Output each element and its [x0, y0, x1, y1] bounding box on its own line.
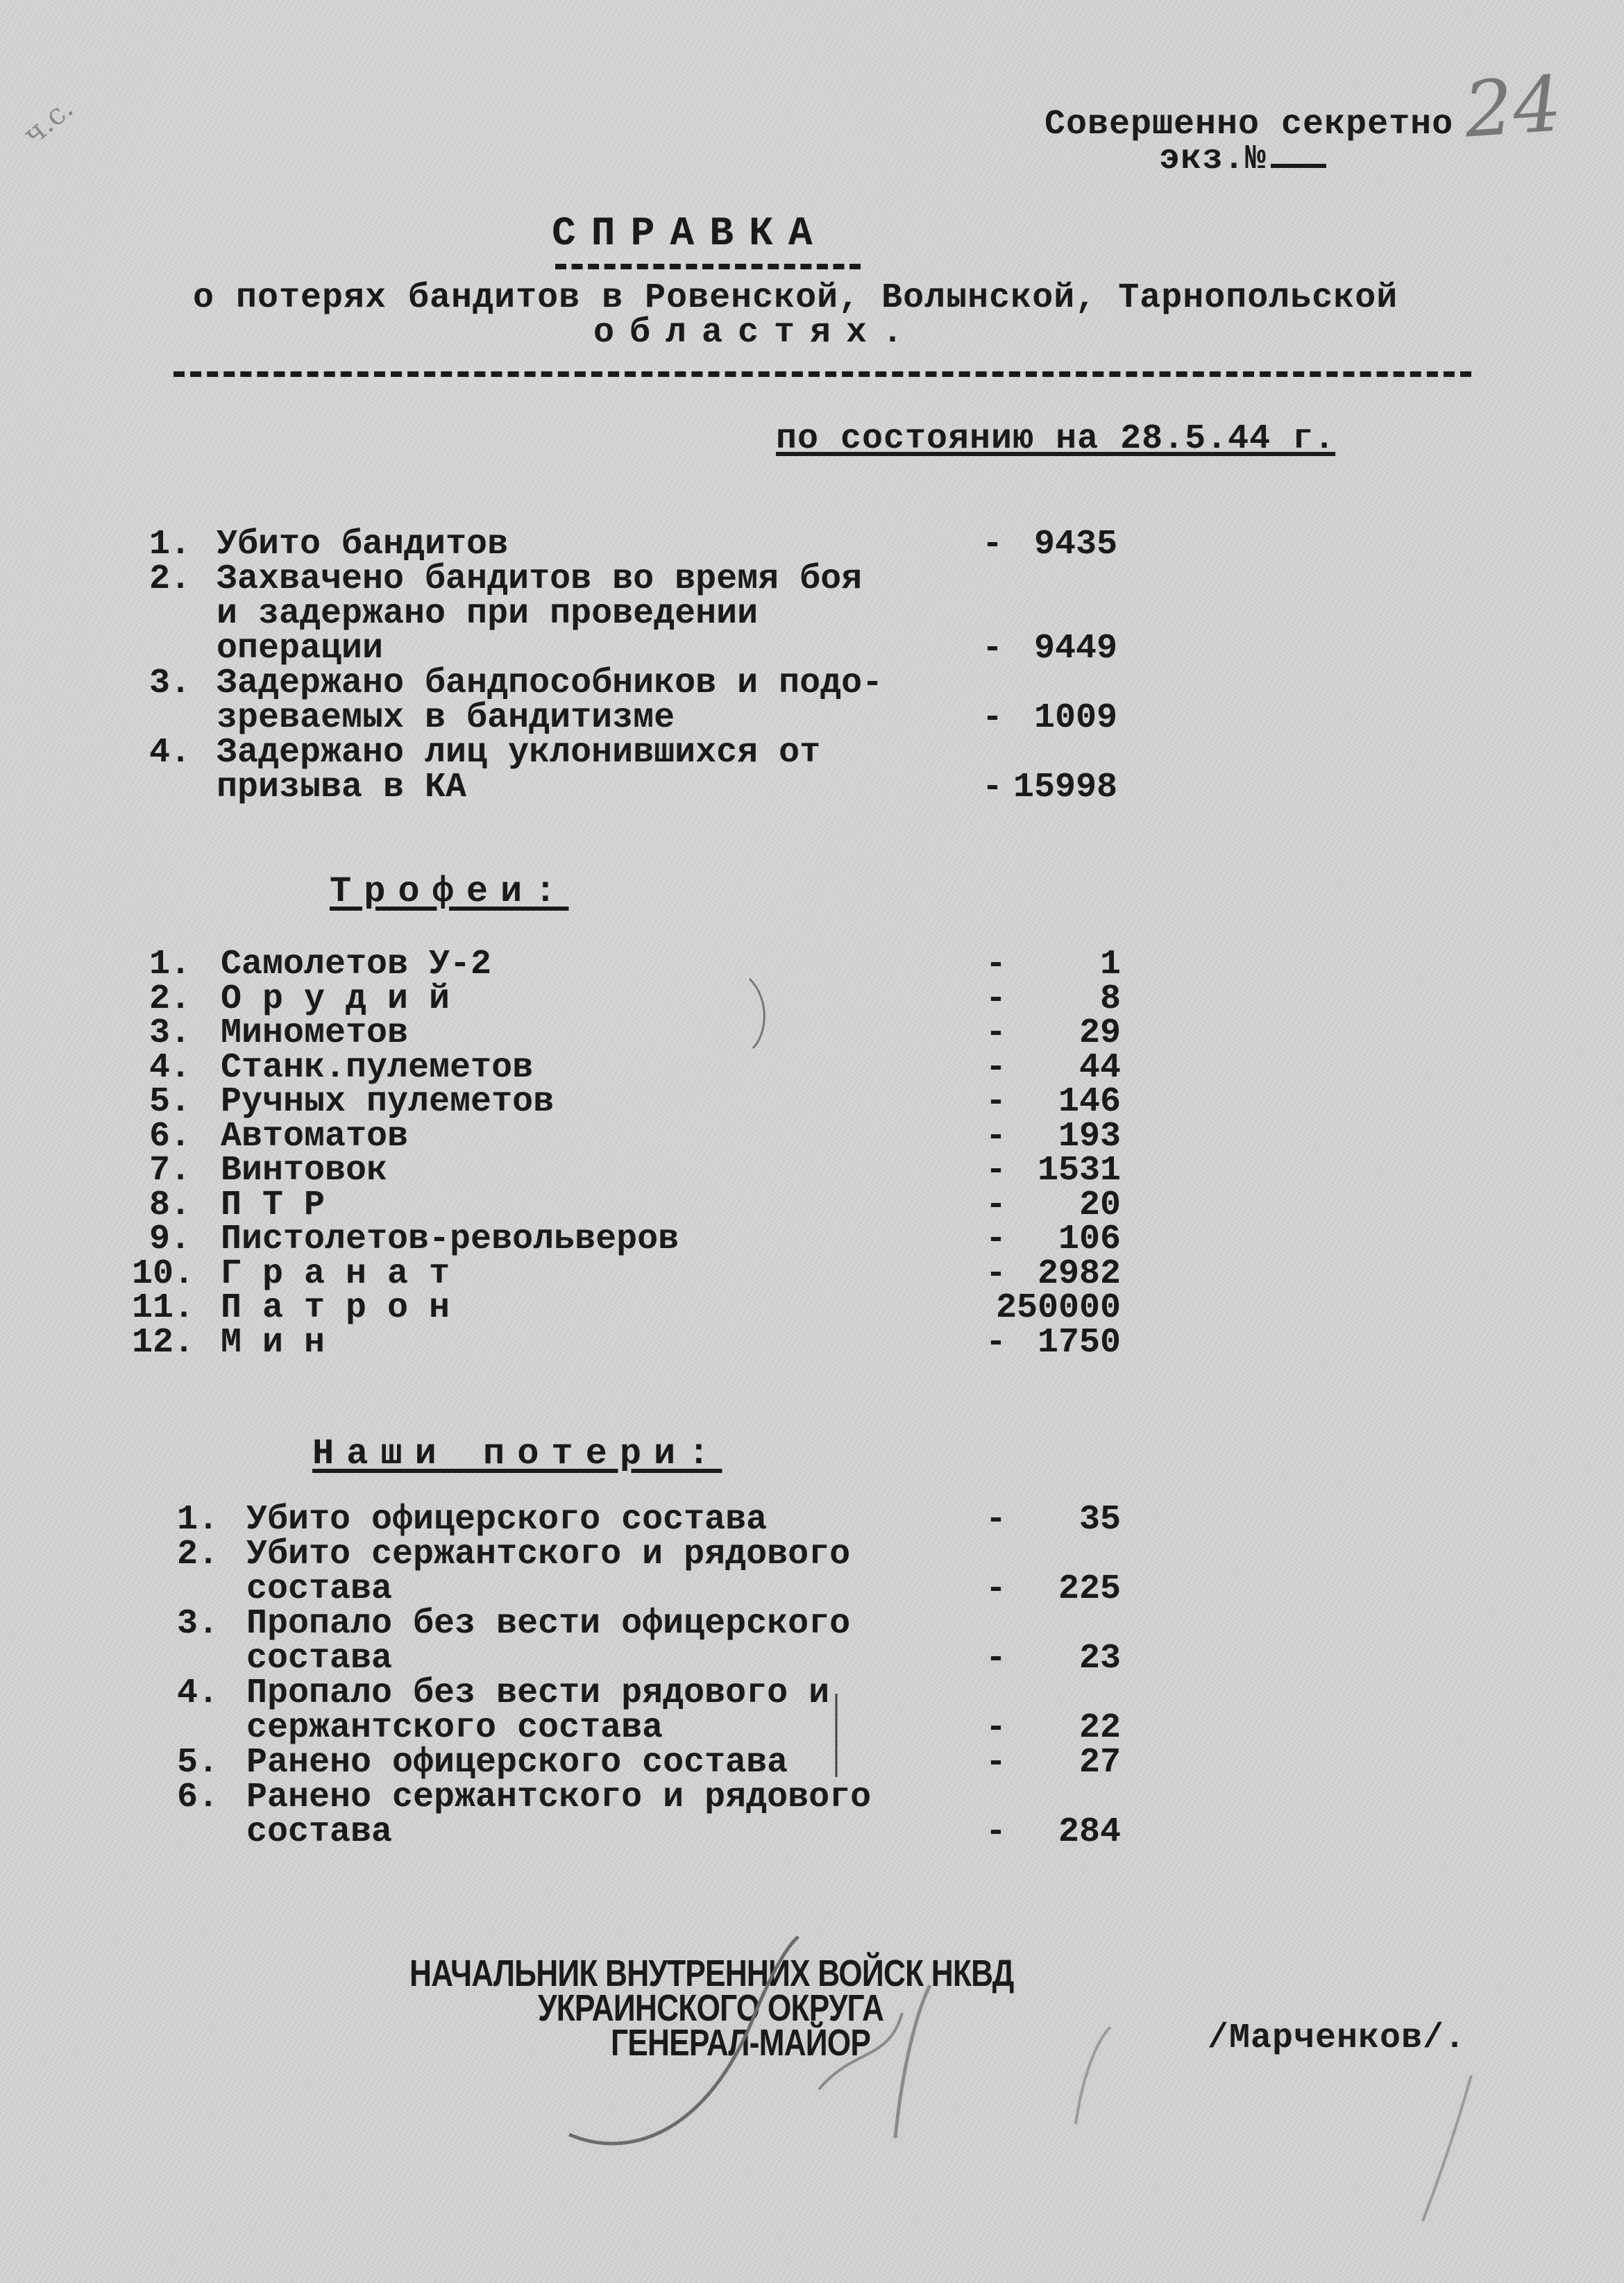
item-number: 6. [177, 1780, 219, 1815]
item-label: П а т р о н [221, 1291, 450, 1326]
item-value: 1531 [947, 1154, 1121, 1188]
item-label: Ручных пулеметов [221, 1085, 554, 1120]
item-value: 1750 [947, 1326, 1121, 1360]
item-number: 1. [177, 1503, 219, 1538]
item-number: 9. [149, 1222, 191, 1257]
item-label: Убито бандитов [217, 528, 508, 562]
header-divider [174, 371, 1471, 377]
item-number: 11. [132, 1291, 194, 1326]
item-label: состава [246, 1815, 392, 1850]
item-label: П Т Р [221, 1188, 325, 1223]
item-label: Станк.пулеметов [221, 1051, 533, 1086]
item-label: состава [246, 1642, 392, 1676]
item-number: 1. [149, 947, 191, 982]
item-label: сержантского состава [246, 1711, 663, 1746]
item-value: 9449 [944, 632, 1117, 666]
item-label: Минометов [221, 1016, 408, 1051]
title-underline [555, 264, 861, 269]
item-label: Пропало без вести офицерского [246, 1607, 850, 1642]
item-label: Задержано бандпособников и подо- [217, 666, 883, 701]
item-value: 20 [947, 1188, 1121, 1223]
item-value: 225 [947, 1572, 1121, 1607]
item-value: 250000 [947, 1291, 1121, 1326]
item-value: 1 [947, 947, 1121, 982]
item-label: Самолетов У-2 [221, 947, 491, 982]
item-number: 10. [132, 1257, 194, 1292]
item-value: 2982 [947, 1257, 1121, 1292]
item-label: и задержано при проведении [217, 597, 758, 632]
our-losses-heading: Наши потери: [312, 1433, 722, 1474]
item-number: 1. [149, 528, 191, 562]
item-label: М и н [221, 1326, 325, 1360]
item-value: 9435 [944, 528, 1117, 562]
item-number: 3. [149, 666, 191, 701]
item-label: О р у д и й [221, 982, 450, 1017]
item-value: 8 [947, 982, 1121, 1017]
item-label: Убито офицерского состава [246, 1503, 767, 1538]
document-subtitle-line1: о потерях бандитов в Ровенской, Волынско… [193, 281, 1398, 316]
item-label: Пистолетов-револьверов [221, 1222, 679, 1257]
item-number: 6. [149, 1120, 191, 1154]
item-value: 44 [947, 1051, 1121, 1086]
item-number: 3. [177, 1607, 219, 1642]
item-label: Винтовок [221, 1154, 387, 1188]
document-title: СПРАВКА [552, 212, 828, 257]
item-number: 2. [177, 1538, 219, 1572]
signatory-name: /Марченков/. [1208, 2021, 1466, 2056]
item-label: Ранено сержантского и рядового [246, 1780, 871, 1815]
item-label: Пропало без вести рядового и [246, 1676, 829, 1711]
item-value: 35 [947, 1503, 1121, 1538]
item-label: состава [246, 1572, 392, 1607]
classification-stamp: Совершенно секретно [1044, 108, 1453, 142]
copy-number-label: экз.№ [1159, 140, 1267, 179]
item-number: 2. [149, 562, 191, 597]
item-value: 23 [947, 1642, 1121, 1676]
item-label: зреваемых в бандитизме [217, 701, 675, 736]
handwritten-page-number: 24 [1462, 59, 1565, 154]
item-value: 284 [947, 1815, 1121, 1850]
item-label: Ранено офицерского состава [246, 1746, 788, 1780]
item-number: 5. [177, 1746, 219, 1780]
item-number: 5. [149, 1085, 191, 1120]
item-value: 106 [947, 1222, 1121, 1257]
item-label: Г р а н а т [221, 1257, 450, 1292]
item-value: 1009 [944, 701, 1117, 736]
item-number: 7. [149, 1154, 191, 1188]
item-label: операции [217, 632, 383, 666]
item-label: Автоматов [221, 1120, 408, 1154]
item-number: 4. [149, 1051, 191, 1086]
item-number: 12. [132, 1326, 194, 1360]
item-value: 15998 [944, 770, 1117, 805]
item-value: 193 [947, 1120, 1121, 1154]
item-label: Убито сержантского и рядового [246, 1538, 850, 1572]
item-number: 8. [149, 1188, 191, 1223]
item-number: 4. [149, 736, 191, 770]
document-subtitle-line2: областях. [593, 316, 918, 351]
item-number: 3. [149, 1016, 191, 1051]
copy-number-blank [1271, 164, 1326, 168]
trophies-heading: Трофеи: [330, 871, 568, 912]
signatory-rank: ГЕНЕРАЛ-МАЙОР [611, 2021, 870, 2064]
item-number: 2. [149, 982, 191, 1017]
item-number: 4. [177, 1676, 219, 1711]
copy-number: экз.№ [1159, 142, 1326, 177]
item-value: 22 [947, 1711, 1121, 1746]
item-label: Задержано лиц уклонившихся от [217, 736, 820, 770]
item-value: 29 [947, 1016, 1121, 1051]
item-value: 27 [947, 1746, 1121, 1780]
item-label: Захвачено бандитов во время боя [217, 562, 862, 597]
as-of-date: по состоянию на 28.5.44 г. [776, 422, 1335, 457]
document-page: ч.с. 24 Совершенно секретно экз.№ СПРАВК… [0, 0, 1624, 2283]
pencil-note: ч.с. [16, 91, 79, 152]
item-value: 146 [947, 1085, 1121, 1120]
item-label: призыва в КА [217, 770, 466, 805]
